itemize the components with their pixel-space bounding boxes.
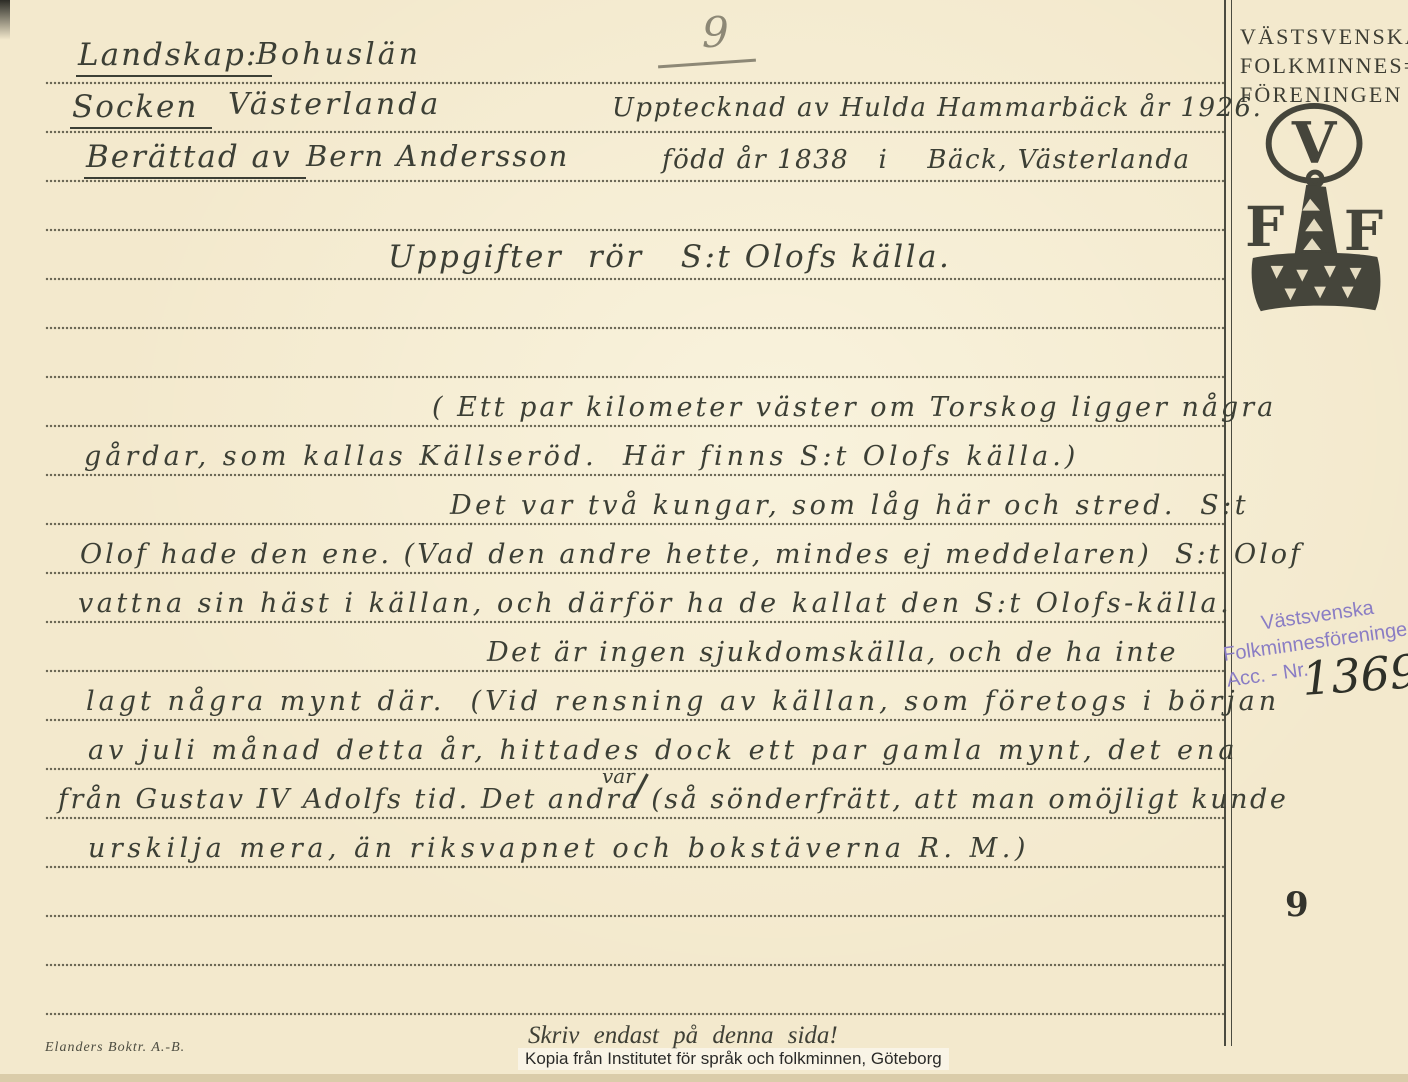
field-value-berattad-av: Bern Andersson xyxy=(306,142,569,171)
body-line: vattna sin häst i källan, och därför ha … xyxy=(78,590,1232,617)
body-line: ( Ett par kilometer väster om Torskog li… xyxy=(432,394,1276,421)
body-line: gårdar, som kallas Källseröd. Här finns … xyxy=(84,443,1079,470)
pencil-page-number: 9 xyxy=(702,12,729,54)
scan-bottom-edge xyxy=(0,1074,1408,1082)
letterhead: VÄSTSVENSKA FOLKMINNES= FÖRENINGEN xyxy=(1240,22,1408,109)
body-line: Det är ingen sjukdomskälla, och de ha in… xyxy=(487,639,1178,666)
pencil-underline xyxy=(658,59,756,69)
printed-page-number: 9 xyxy=(1285,885,1309,925)
logo-letter-v: V xyxy=(1291,109,1338,177)
scan-edge-artifact xyxy=(0,0,10,40)
body-line: Det var två kungar, som låg här och stre… xyxy=(450,492,1249,519)
interlinear-insertion: var xyxy=(602,766,635,786)
recorded-by-line: Upptecknad av Hulda Hammarbäck år 1926. xyxy=(612,95,1262,121)
body-line: lagt några mynt där. (Vid rensning av kä… xyxy=(86,688,1280,715)
story-title: Uppgifter rör S:t Olofs källa. xyxy=(388,242,951,273)
write-only-this-side-note: Skriv endast på denna sida! xyxy=(528,1022,838,1050)
body-line: av juli månad detta år, hittades dock et… xyxy=(88,737,1238,764)
field-value-socken: Västerlanda xyxy=(228,90,441,120)
scanned-archive-document: { "page": { "pencil_number": "9", "print… xyxy=(0,0,1408,1082)
body-line: urskilja mera, än riksvapnet och bokstäv… xyxy=(88,835,1030,862)
letterhead-line1: VÄSTSVENSKA xyxy=(1240,22,1408,51)
printer-imprint: Elanders Boktr. A.-B. xyxy=(45,1040,185,1056)
field-label-landskap: Landskap: xyxy=(76,40,272,77)
vertical-margin-rule xyxy=(1224,0,1232,1046)
accession-number: 1369 xyxy=(1301,648,1408,702)
born-line: född år 1838 i Bäck, Västerlanda xyxy=(662,147,1191,173)
logo-letter-f-left: F xyxy=(1245,195,1284,260)
body-line: Olof hade den ene. (Vad den andre hette,… xyxy=(80,541,1303,568)
thors-hammer-logo: V F F xyxy=(1243,100,1401,332)
archive-copy-note: Kopia från Institutet för språk och folk… xyxy=(518,1048,949,1070)
field-label-socken: Socken xyxy=(70,92,212,129)
field-label-berattad-av: Berättad av xyxy=(84,142,306,179)
hammer-head xyxy=(1252,253,1381,312)
letterhead-line2: FOLKMINNES= xyxy=(1240,51,1408,80)
body-line: från Gustav IV Adolfs tid. Det andra (så… xyxy=(58,786,1288,813)
field-value-landskap: Bohuslän xyxy=(256,40,421,70)
